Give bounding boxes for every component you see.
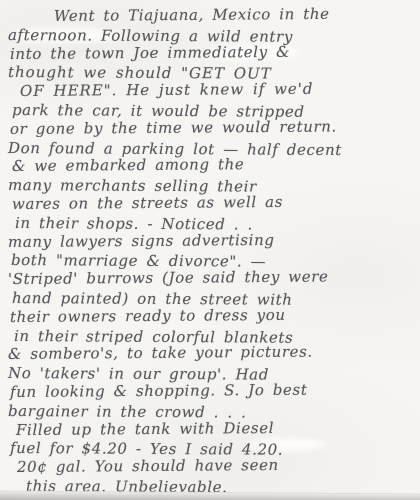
- handwritten-line: many lawyers signs advertising: [8, 229, 420, 251]
- handwritten-line: fun looking & shopping. S. Jo best: [10, 380, 420, 402]
- handwritten-line: & we embarked among the: [12, 154, 420, 176]
- handwritten-line: their owners ready to dress you: [10, 305, 420, 327]
- handwritten-text-block: Went to Tiajuana, Mexico in the afternoo…: [8, 7, 420, 496]
- handwritten-line: or gone by the time we would return.: [10, 117, 420, 139]
- handwritten-line: Filled up the tank with Diesel: [16, 417, 420, 439]
- handwritten-line: 20¢ gal. You should have seen: [17, 455, 420, 477]
- handwritten-note-page: Went to Tiajuana, Mexico in the afternoo…: [0, 0, 420, 500]
- handwritten-line: OF HERE". He just knew if we'd: [20, 79, 420, 101]
- handwritten-line: wares on the streets as well as: [12, 192, 420, 214]
- handwritten-line: Went to Tiajuana, Mexico in the: [54, 4, 420, 26]
- handwritten-line: & sombero's, to take your pictures.: [8, 342, 420, 364]
- handwritten-line: into the town Joe immediately &: [10, 41, 420, 63]
- handwritten-line: 'Striped' burrows (Joe said they were: [8, 267, 420, 289]
